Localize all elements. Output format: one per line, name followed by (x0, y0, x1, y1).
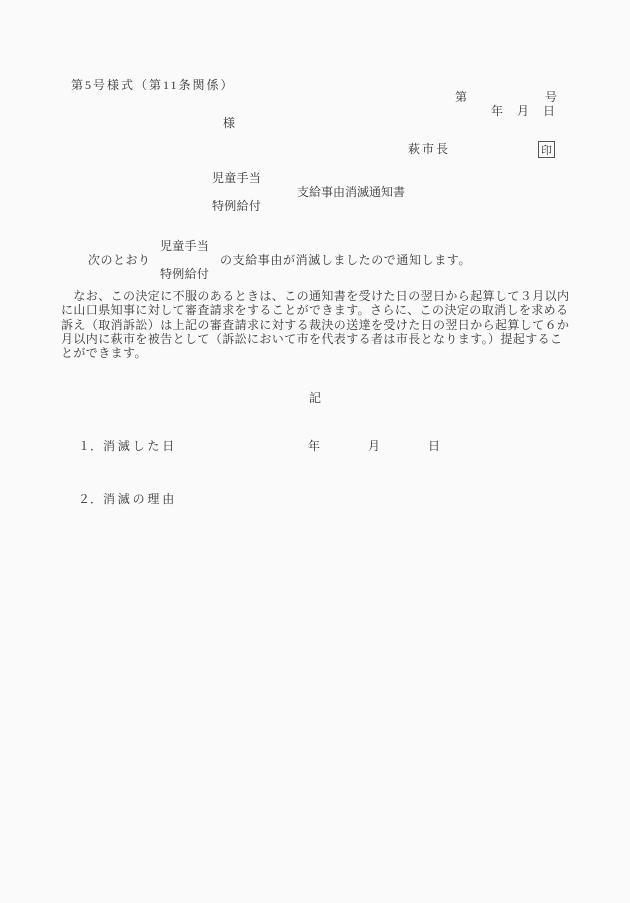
issuer-name: 萩市長 (408, 143, 450, 155)
item2-label: 消滅の理由 (103, 493, 177, 505)
notice-line: とができます。 (61, 346, 581, 360)
notice-line: なお、この決定に不服のあるときは、この通知書を受けた日の翌日から起算して３月以内 (61, 289, 581, 303)
document-page: 第5号様式（第11条関係） 第 号 年 月 日 様 萩市長 印 児童手当 支給事… (0, 0, 630, 903)
doc-number-suffix: 号 (545, 91, 558, 103)
date-day-label: 日 (543, 105, 556, 117)
statement-lead: 次のとおり (88, 254, 151, 266)
title-main: 支給事由消滅通知書 (297, 186, 405, 198)
seal-mark: 印 (541, 142, 552, 158)
statement-benefit-top: 児童手当 (160, 240, 209, 252)
notice-line: 訴え（取消訴訟）は上記の審査請求に対する裁決の送達を受けた日の翌日から起算して６… (61, 318, 581, 332)
title-benefit-top: 児童手当 (212, 172, 261, 184)
item1-day-label: 日 (428, 440, 441, 452)
item1-number: １． (78, 440, 102, 452)
item1-year-label: 年 (308, 440, 321, 452)
notice-line: に山口県知事に対して審査請求をすることができます。さらに、この決定の取消しを求め… (61, 303, 581, 317)
section-marker: 記 (0, 389, 630, 406)
doc-number-prefix: 第 (455, 91, 468, 103)
item1-month-label: 月 (368, 440, 381, 452)
form-number: 第5号様式（第11条関係） (71, 79, 235, 91)
seal-placeholder-box: 印 (538, 141, 555, 158)
appeal-notice-paragraph: なお、この決定に不服のあるときは、この通知書を受けた日の翌日から起算して３月以内… (61, 289, 581, 360)
item2-number: ２． (78, 493, 102, 505)
addressee-suffix: 様 (223, 117, 236, 129)
statement-tail: の支給事由が消滅しましたので通知します。 (220, 254, 471, 266)
item1-label: 消滅した日 (103, 440, 177, 452)
title-benefit-bottom: 特例給付 (212, 200, 261, 212)
date-month-label: 月 (517, 105, 530, 117)
statement-benefit-bottom: 特例給付 (160, 268, 209, 280)
notice-line: 月以内に萩市を被告として（訴訟において市を代表する者は市長となります。）提起する… (61, 332, 581, 346)
date-year-label: 年 (491, 105, 504, 117)
